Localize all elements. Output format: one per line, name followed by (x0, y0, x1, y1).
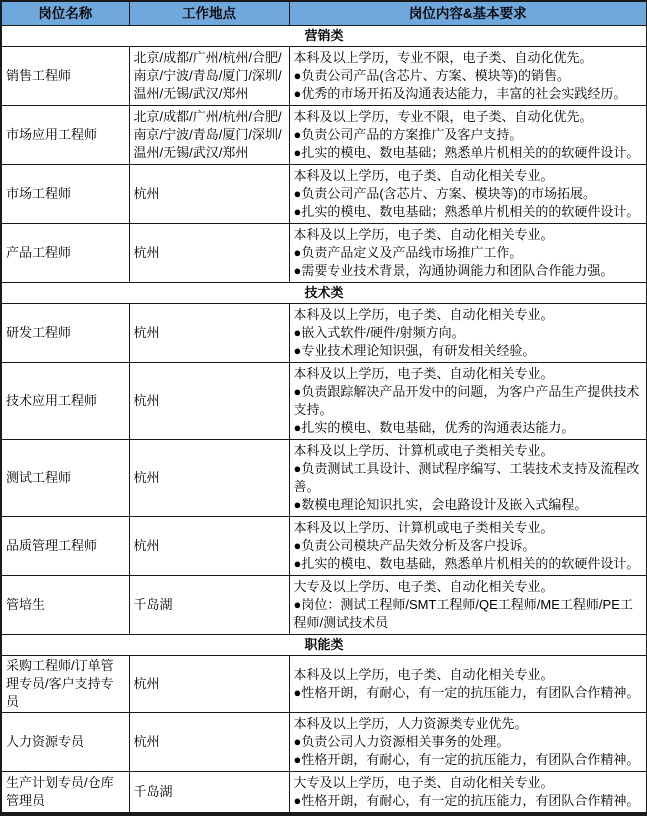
table-row: 品质管理工程师杭州本科及以上学历、计算机或电子类相关专业。●负责公司模块产品失效… (1, 517, 647, 576)
requirement-line: ●数模电理论知识扎实，会电路设计及嵌入式编程。 (294, 496, 645, 514)
position-cell: 采购工程师/订单管理专员/客户支持专员 (1, 656, 129, 713)
column-header-position: 岗位名称 (1, 1, 129, 26)
section-header: 技术类 (1, 283, 647, 304)
requirements-cell: 本科及以上学历，专业不限，电子类、自动化优先。●负责公司产品的方案推广及客户支持… (289, 106, 647, 165)
position-cell: 生产计划专员/仓库管理员 (1, 772, 129, 815)
table-row: 产品工程师杭州本科及以上学历，电子类、自动化相关专业。●负责产品定义及产品线市场… (1, 224, 647, 283)
requirement-line: ●负责公司产品的方案推广及客户支持。 (294, 126, 645, 144)
requirement-line: 本科及以上学历，电子类、自动化相关专业。 (294, 365, 645, 383)
section-row: 职能类 (1, 635, 647, 656)
table-row: 销售工程师北京/成都/广州/杭州/合肥/南京/宁波/青岛/厦门/深圳/温州/无锡… (1, 47, 647, 106)
location-cell: 千岛湖 (129, 576, 289, 635)
position-cell: 销售工程师 (1, 47, 129, 106)
requirement-line: ●负责测试工具设计、测试程序编写、工装技术支持及流程改善。 (294, 460, 645, 496)
table-row: 采购工程师/订单管理专员/客户支持专员杭州本科及以上学历，电子类、自动化相关专业… (1, 656, 647, 713)
requirement-line: ●优秀的市场开拓及沟通表达能力，丰富的社会实践经历。 (294, 85, 645, 103)
position-cell: 品质管理工程师 (1, 517, 129, 576)
requirements-cell: 本科及以上学历，人力资源类专业优先。●负责公司人力资源相关事务的处理。●性格开朗… (289, 713, 647, 772)
requirements-cell: 大专及以上学历，电子类、自动化相关专业。●性格开朗，有耐心，有一定的抗压能力，有… (289, 772, 647, 815)
requirement-line: ●负责产品定义及产品线市场推广工作。 (294, 244, 645, 262)
requirement-line: 本科及以上学历、计算机或电子类相关专业。 (294, 519, 645, 537)
requirement-line: ●嵌入式软件/硬件/射频方向。 (294, 324, 645, 342)
requirement-line: ●性格开朗，有耐心，有一定的抗压能力，有团队合作精神。 (294, 684, 645, 702)
requirements-cell: 本科及以上学历，电子类、自动化相关专业。●负责跟踪解决产品开发中的问题，为客户产… (289, 363, 647, 440)
requirement-line: ●负责公司产品(含芯片、方案、模块等)的销售。 (294, 67, 645, 85)
location-cell: 杭州 (129, 165, 289, 224)
section-header: 职能类 (1, 635, 647, 656)
table-row: 生产计划专员/仓库管理员千岛湖大专及以上学历，电子类、自动化相关专业。●性格开朗… (1, 772, 647, 815)
requirement-line: ●负责公司模块产品失效分析及客户投诉。 (294, 537, 645, 555)
header-row: 岗位名称工作地点岗位内容&基本要求 (1, 1, 647, 26)
requirement-line: ●扎实的模电、数电基础；熟悉单片机相关的的软硬件设计。 (294, 144, 645, 162)
column-header-requirements: 岗位内容&基本要求 (289, 1, 647, 26)
table-row: 市场工程师杭州本科及以上学历，电子类、自动化相关专业。●负责公司产品(含芯片、方… (1, 165, 647, 224)
table-row: 技术应用工程师杭州本科及以上学历，电子类、自动化相关专业。●负责跟踪解决产品开发… (1, 363, 647, 440)
position-cell: 产品工程师 (1, 224, 129, 283)
requirement-line: ●性格开朗，有耐心，有一定的抗压能力，有团队合作精神。 (294, 792, 645, 810)
location-cell: 杭州 (129, 304, 289, 363)
requirement-line: ●需要专业技术背景，沟通协调能力和团队合作能力强。 (294, 262, 645, 280)
location-cell: 杭州 (129, 440, 289, 517)
location-cell: 北京/成都/广州/杭州/合肥/南京/宁波/青岛/厦门/深圳/温州/无锡/武汉/郑… (129, 106, 289, 165)
requirement-line: ●专业技术理论知识强，有研发相关经验。 (294, 342, 645, 360)
table-row: 研发工程师杭州本科及以上学历，电子类、自动化相关专业。●嵌入式软件/硬件/射频方… (1, 304, 647, 363)
requirements-cell: 本科及以上学历，电子类、自动化相关专业。●负责公司产品(含芯片、方案、模块等)的… (289, 165, 647, 224)
position-cell: 研发工程师 (1, 304, 129, 363)
location-cell: 千岛湖 (129, 772, 289, 815)
requirement-line: ●负责公司人力资源相关事务的处理。 (294, 733, 645, 751)
requirement-line: 大专及以上学历、电子类、自动化相关专业。 (294, 578, 645, 596)
requirement-line: ●岗位：测试工程师/SMT工程师/QE工程师/ME工程师/PE工程师/测试技术员 (294, 596, 645, 632)
requirement-line: ●扎实的模电、数电基础；熟悉单片机相关的的软硬件设计。 (294, 203, 645, 221)
requirement-line: 本科及以上学历，电子类、自动化相关专业。 (294, 666, 645, 684)
requirement-line: 本科及以上学历，专业不限，电子类、自动化优先。 (294, 108, 645, 126)
table-row: 人力资源专员杭州本科及以上学历，人力资源类专业优先。●负责公司人力资源相关事务的… (1, 713, 647, 772)
position-cell: 市场应用工程师 (1, 106, 129, 165)
requirements-cell: 本科及以上学历，电子类、自动化相关专业。●性格开朗，有耐心，有一定的抗压能力，有… (289, 656, 647, 713)
location-cell: 北京/成都/广州/杭州/合肥/南京/宁波/青岛/厦门/深圳/温州/无锡/武汉/郑… (129, 47, 289, 106)
position-cell: 测试工程师 (1, 440, 129, 517)
location-cell: 杭州 (129, 363, 289, 440)
section-row: 营销类 (1, 26, 647, 47)
section-header: 营销类 (1, 26, 647, 47)
requirement-line: ●性格开朗，有耐心，有一定的抗压能力，有团队合作精神。 (294, 751, 645, 769)
requirement-line: ●扎实的模电、数电基础，优秀的沟通表达能力。 (294, 419, 645, 437)
section-row: 技术类 (1, 283, 647, 304)
requirements-cell: 本科及以上学历，电子类、自动化相关专业。●负责产品定义及产品线市场推广工作。●需… (289, 224, 647, 283)
requirement-line: 本科及以上学历，专业不限，电子类、自动化优先。 (294, 49, 645, 67)
requirements-cell: 本科及以上学历、计算机或电子类相关专业。●负责公司模块产品失效分析及客户投诉。●… (289, 517, 647, 576)
requirement-line: ●负责公司产品(含芯片、方案、模块等)的市场拓展。 (294, 185, 645, 203)
requirements-cell: 本科及以上学历，专业不限，电子类、自动化优先。●负责公司产品(含芯片、方案、模块… (289, 47, 647, 106)
location-cell: 杭州 (129, 517, 289, 576)
position-cell: 市场工程师 (1, 165, 129, 224)
requirements-cell: 本科及以上学历、计算机或电子类相关专业。●负责测试工具设计、测试程序编写、工装技… (289, 440, 647, 517)
requirement-line: 本科及以上学历，电子类、自动化相关专业。 (294, 306, 645, 324)
requirement-line: 大专及以上学历，电子类、自动化相关专业。 (294, 774, 645, 792)
location-cell: 杭州 (129, 713, 289, 772)
requirement-line: 本科及以上学历、计算机或电子类相关专业。 (294, 442, 645, 460)
location-cell: 杭州 (129, 656, 289, 713)
column-header-location: 工作地点 (129, 1, 289, 26)
table-row: 测试工程师杭州本科及以上学历、计算机或电子类相关专业。●负责测试工具设计、测试程… (1, 440, 647, 517)
requirement-line: ●扎实的模电、数电基础，熟悉单片机相关的的软硬件设计。 (294, 555, 645, 573)
requirement-line: 本科及以上学历，人力资源类专业优先。 (294, 715, 645, 733)
position-cell: 技术应用工程师 (1, 363, 129, 440)
requirements-cell: 大专及以上学历、电子类、自动化相关专业。●岗位：测试工程师/SMT工程师/QE工… (289, 576, 647, 635)
position-cell: 人力资源专员 (1, 713, 129, 772)
requirement-line: 本科及以上学历，电子类、自动化相关专业。 (294, 167, 645, 185)
table-row: 管培生千岛湖大专及以上学历、电子类、自动化相关专业。●岗位：测试工程师/SMT工… (1, 576, 647, 635)
position-cell: 管培生 (1, 576, 129, 635)
table-row: 市场应用工程师北京/成都/广州/杭州/合肥/南京/宁波/青岛/厦门/深圳/温州/… (1, 106, 647, 165)
requirements-cell: 本科及以上学历，电子类、自动化相关专业。●嵌入式软件/硬件/射频方向。●专业技术… (289, 304, 647, 363)
job-positions-table: 岗位名称工作地点岗位内容&基本要求 营销类销售工程师北京/成都/广州/杭州/合肥… (0, 0, 647, 816)
requirement-line: 本科及以上学历，电子类、自动化相关专业。 (294, 226, 645, 244)
location-cell: 杭州 (129, 224, 289, 283)
requirement-line: ●负责跟踪解决产品开发中的问题，为客户产品生产提供技术支持。 (294, 383, 645, 419)
